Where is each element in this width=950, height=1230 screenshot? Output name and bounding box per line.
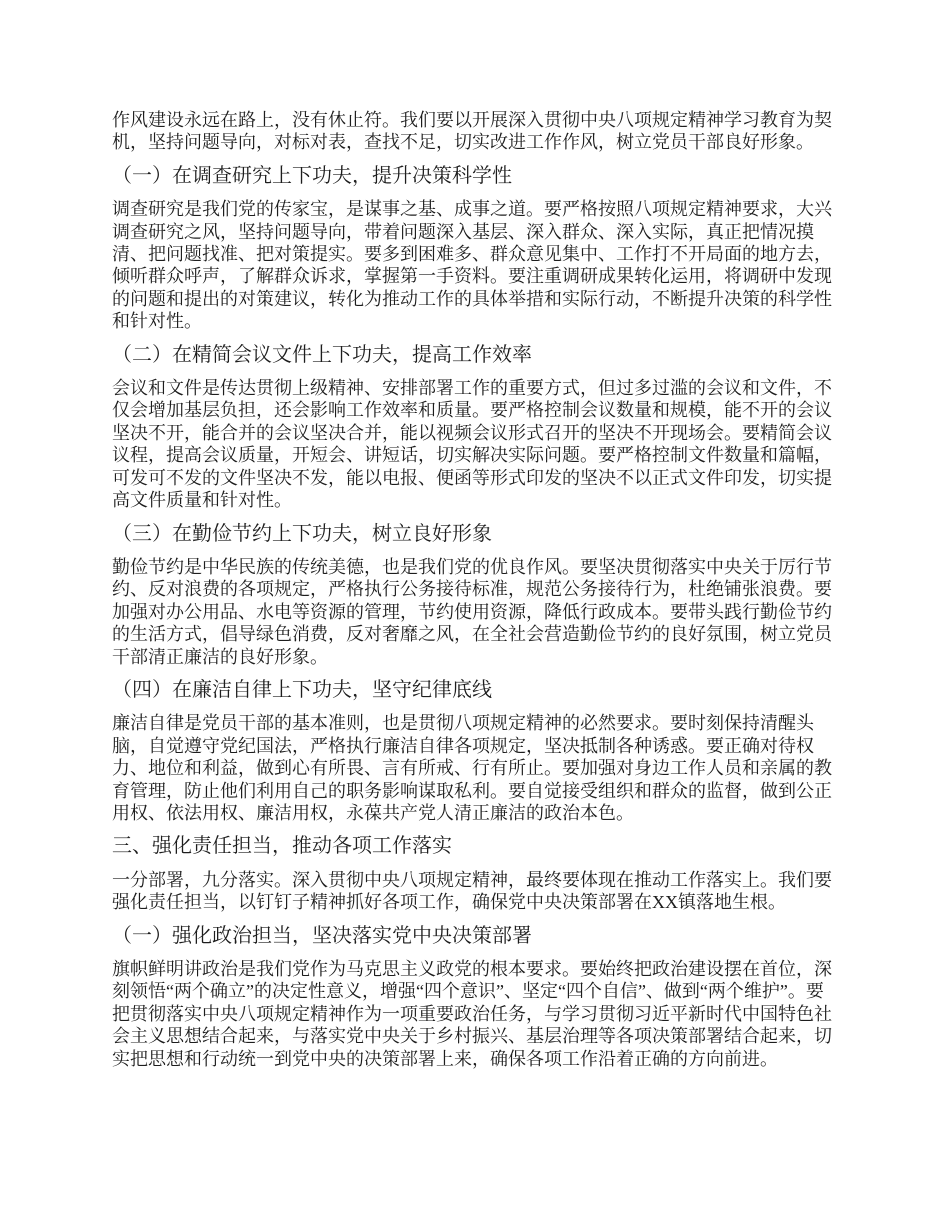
section-heading: （一）强化政治担当，坚决落实党中央决策部署 [112, 925, 838, 947]
section-heading: （一）在调查研究上下功夫，提升决策科学性 [112, 165, 838, 187]
body-paragraph: 调查研究是我们党的传家宝，是谋事之基、成事之道。要严格按照八项规定精神要求，大兴… [112, 198, 838, 332]
document-page: 作风建设永远在路上，没有休止符。我们要以开展深入贯彻中央八项规定精神学习教育为契… [0, 0, 950, 1230]
section-heading: （三）在勤俭节约上下功夫，树立良好形象 [112, 523, 838, 545]
body-paragraph: 旗帜鲜明讲政治是我们党作为马克思主义政党的根本要求。要始终把政治建设摆在首位，深… [112, 958, 838, 1070]
document-body: 作风建设永远在路上，没有休止符。我们要以开展深入贯彻中央八项规定精神学习教育为契… [112, 109, 838, 1070]
body-paragraph: 一分部署，九分落实。深入贯彻中央八项规定精神，最终要体现在推动工作落实上。我们要… [112, 869, 838, 914]
section-heading: （二）在精简会议文件上下功夫，提高工作效率 [112, 344, 838, 366]
section-heading: 三、强化责任担当，推动各项工作落实 [112, 835, 838, 857]
body-paragraph: 会议和文件是传达贯彻上级精神、安排部署工作的重要方式，但过多过滥的会议和文件，不… [112, 377, 838, 511]
body-paragraph: 勤俭节约是中华民族的传统美德，也是我们党的优良作风。要坚决贯彻落实中央关于厉行节… [112, 556, 838, 668]
body-paragraph: 廉洁自律是党员干部的基本准则，也是贯彻八项规定精神的必然要求。要时刻保持清醒头脑… [112, 712, 838, 824]
body-paragraph: 作风建设永远在路上，没有休止符。我们要以开展深入贯彻中央八项规定精神学习教育为契… [112, 109, 838, 154]
section-heading: （四）在廉洁自律上下功夫，坚守纪律底线 [112, 679, 838, 701]
